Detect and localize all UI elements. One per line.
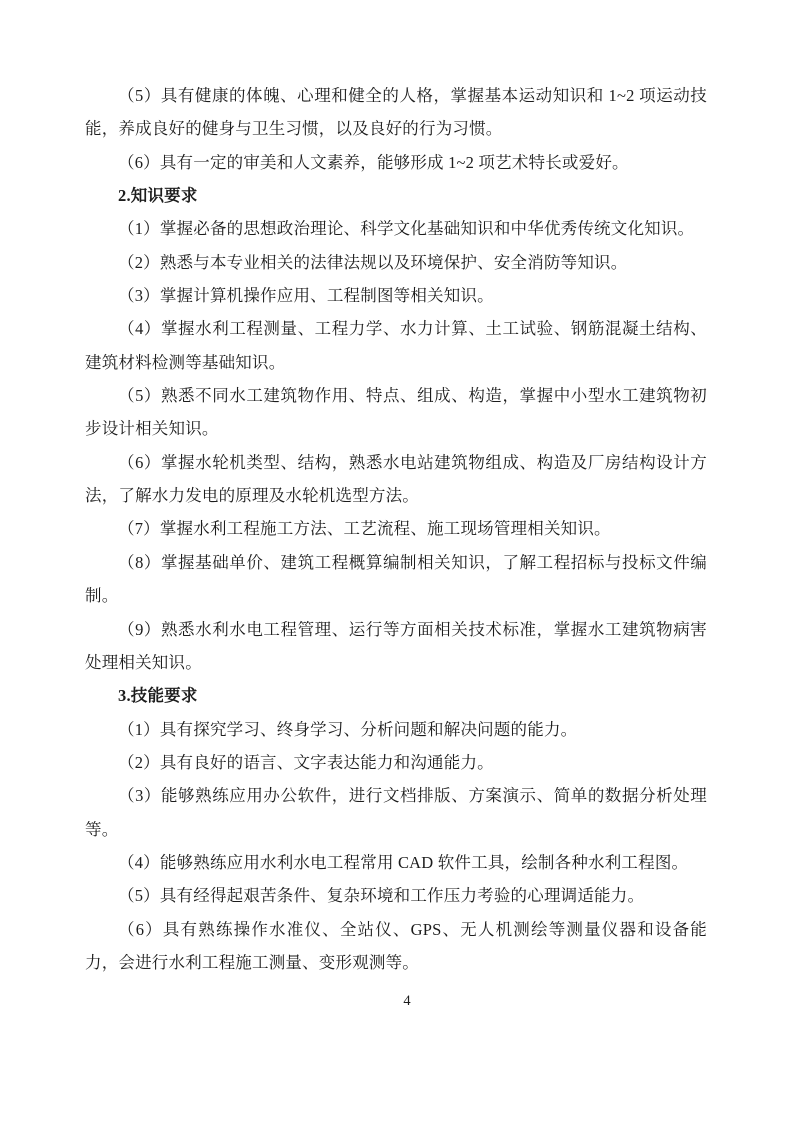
paragraph: （4）能够熟练应用水利水电工程常用 CAD 软件工具，绘制各种水利工程图。 xyxy=(85,846,707,879)
paragraph: （6）掌握水轮机类型、结构，熟悉水电站建筑物组成、构造及厂房结构设计方法，了解水… xyxy=(85,446,707,513)
paragraph: （6）具有一定的审美和人文素养，能够形成 1~2 项艺术特长或爱好。 xyxy=(85,146,707,179)
section-heading: 3.技能要求 xyxy=(85,679,707,712)
document-page: （5）具有健康的体魄、心理和健全的人格，掌握基本运动知识和 1~2 项运动技能，… xyxy=(0,0,792,1122)
paragraph: （4）掌握水利工程测量、工程力学、水力计算、土工试验、钢筋混凝土结构、建筑材料检… xyxy=(85,312,707,379)
paragraph: （3）能够熟练应用办公软件，进行文档排版、方案演示、简单的数据分析处理等。 xyxy=(85,779,707,846)
paragraph: （1）掌握必备的思想政治理论、科学文化基础知识和中华优秀传统文化知识。 xyxy=(85,212,707,245)
paragraph: （8）掌握基础单价、建筑工程概算编制相关知识，了解工程招标与投标文件编制。 xyxy=(85,546,707,613)
document-body: （5）具有健康的体魄、心理和健全的人格，掌握基本运动知识和 1~2 项运动技能，… xyxy=(85,79,707,979)
paragraph: （5）熟悉不同水工建筑物作用、特点、组成、构造，掌握中小型水工建筑物初步设计相关… xyxy=(85,379,707,446)
paragraph: （9）熟悉水利水电工程管理、运行等方面相关技术标准，掌握水工建筑物病害处理相关知… xyxy=(85,613,707,680)
paragraph: （2）具有良好的语言、文字表达能力和沟通能力。 xyxy=(85,746,707,779)
paragraph: （1）具有探究学习、终身学习、分析问题和解决问题的能力。 xyxy=(85,713,707,746)
paragraph: （6）具有熟练操作水准仪、全站仪、GPS、无人机测绘等测量仪器和设备能力，会进行… xyxy=(85,913,707,980)
paragraph: （2）熟悉与本专业相关的法律法规以及环境保护、安全消防等知识。 xyxy=(85,246,707,279)
paragraph: （5）具有健康的体魄、心理和健全的人格，掌握基本运动知识和 1~2 项运动技能，… xyxy=(85,79,707,146)
paragraph: （5）具有经得起艰苦条件、复杂环境和工作压力考验的心理调适能力。 xyxy=(85,879,707,912)
page-number: 4 xyxy=(22,991,792,1011)
paragraph: （7）掌握水利工程施工方法、工艺流程、施工现场管理相关知识。 xyxy=(85,512,707,545)
paragraph: （3）掌握计算机操作应用、工程制图等相关知识。 xyxy=(85,279,707,312)
section-heading: 2.知识要求 xyxy=(85,179,707,212)
